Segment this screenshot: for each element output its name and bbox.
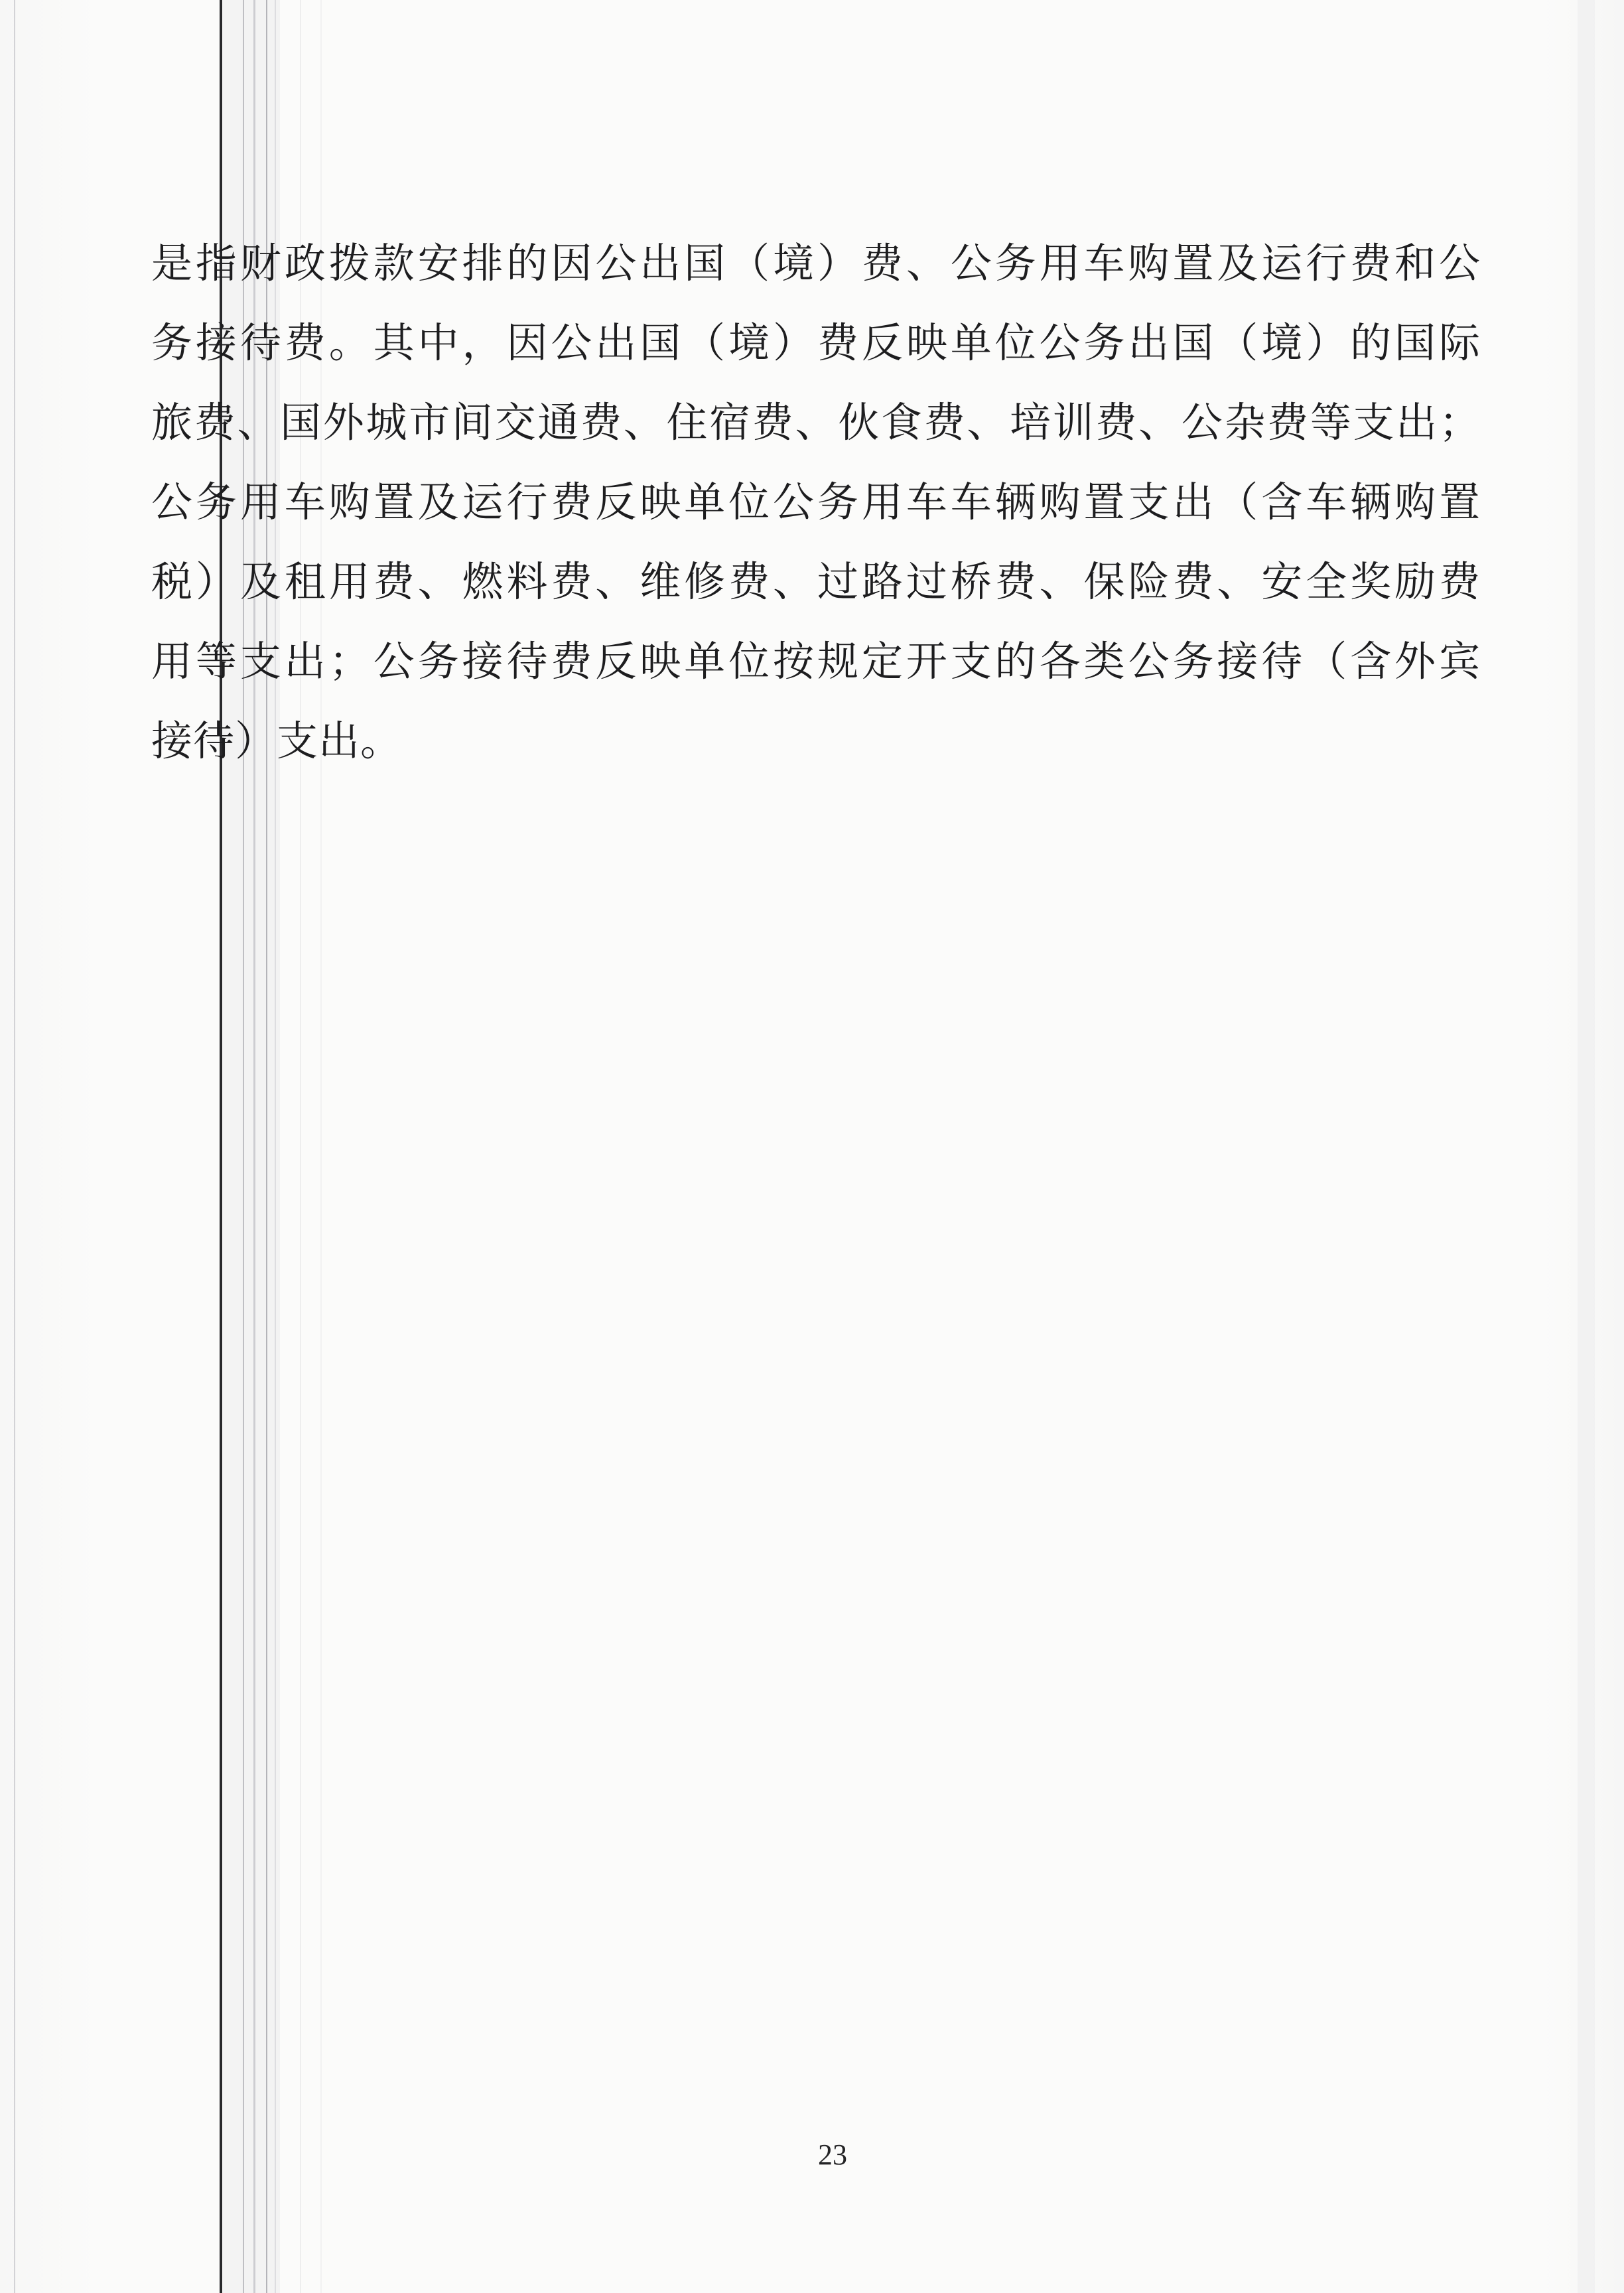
paragraph-line: 旅费、国外城市间交通费、住宿费、伙食费、培训费、公杂费等支出； (151, 383, 1481, 463)
paragraph-line: 务接待费。其中，因公出国（境）费反映单位公务出国（境）的国际 (151, 304, 1481, 383)
paragraph-line: 是指财政拨款安排的因公出国（境）费、公务用车购置及运行费和公 (151, 224, 1481, 304)
scan-artifact-line (14, 0, 15, 2293)
scan-artifact-band (1578, 0, 1595, 2293)
paragraph-line: 用等支出；公务接待费反映单位按规定开支的各类公务接待（含外宾 (151, 622, 1481, 702)
paragraph-line: 公务用车购置及运行费反映单位公务用车车辆购置支出（含车辆购置 (151, 463, 1481, 543)
paragraph-line: 税）及租用费、燃料费、维修费、过路过桥费、保险费、安全奖励费 (151, 543, 1481, 622)
paragraph: 是指财政拨款安排的因公出国（境）费、公务用车购置及运行费和公 务接待费。其中，因… (151, 224, 1481, 782)
page-number: 23 (21, 2138, 1624, 2172)
paragraph-line: 接待）支出。 (151, 702, 1481, 782)
document-page: 是指财政拨款安排的因公出国（境）费、公务用车购置及运行费和公 务接待费。其中，因… (0, 0, 1624, 2293)
